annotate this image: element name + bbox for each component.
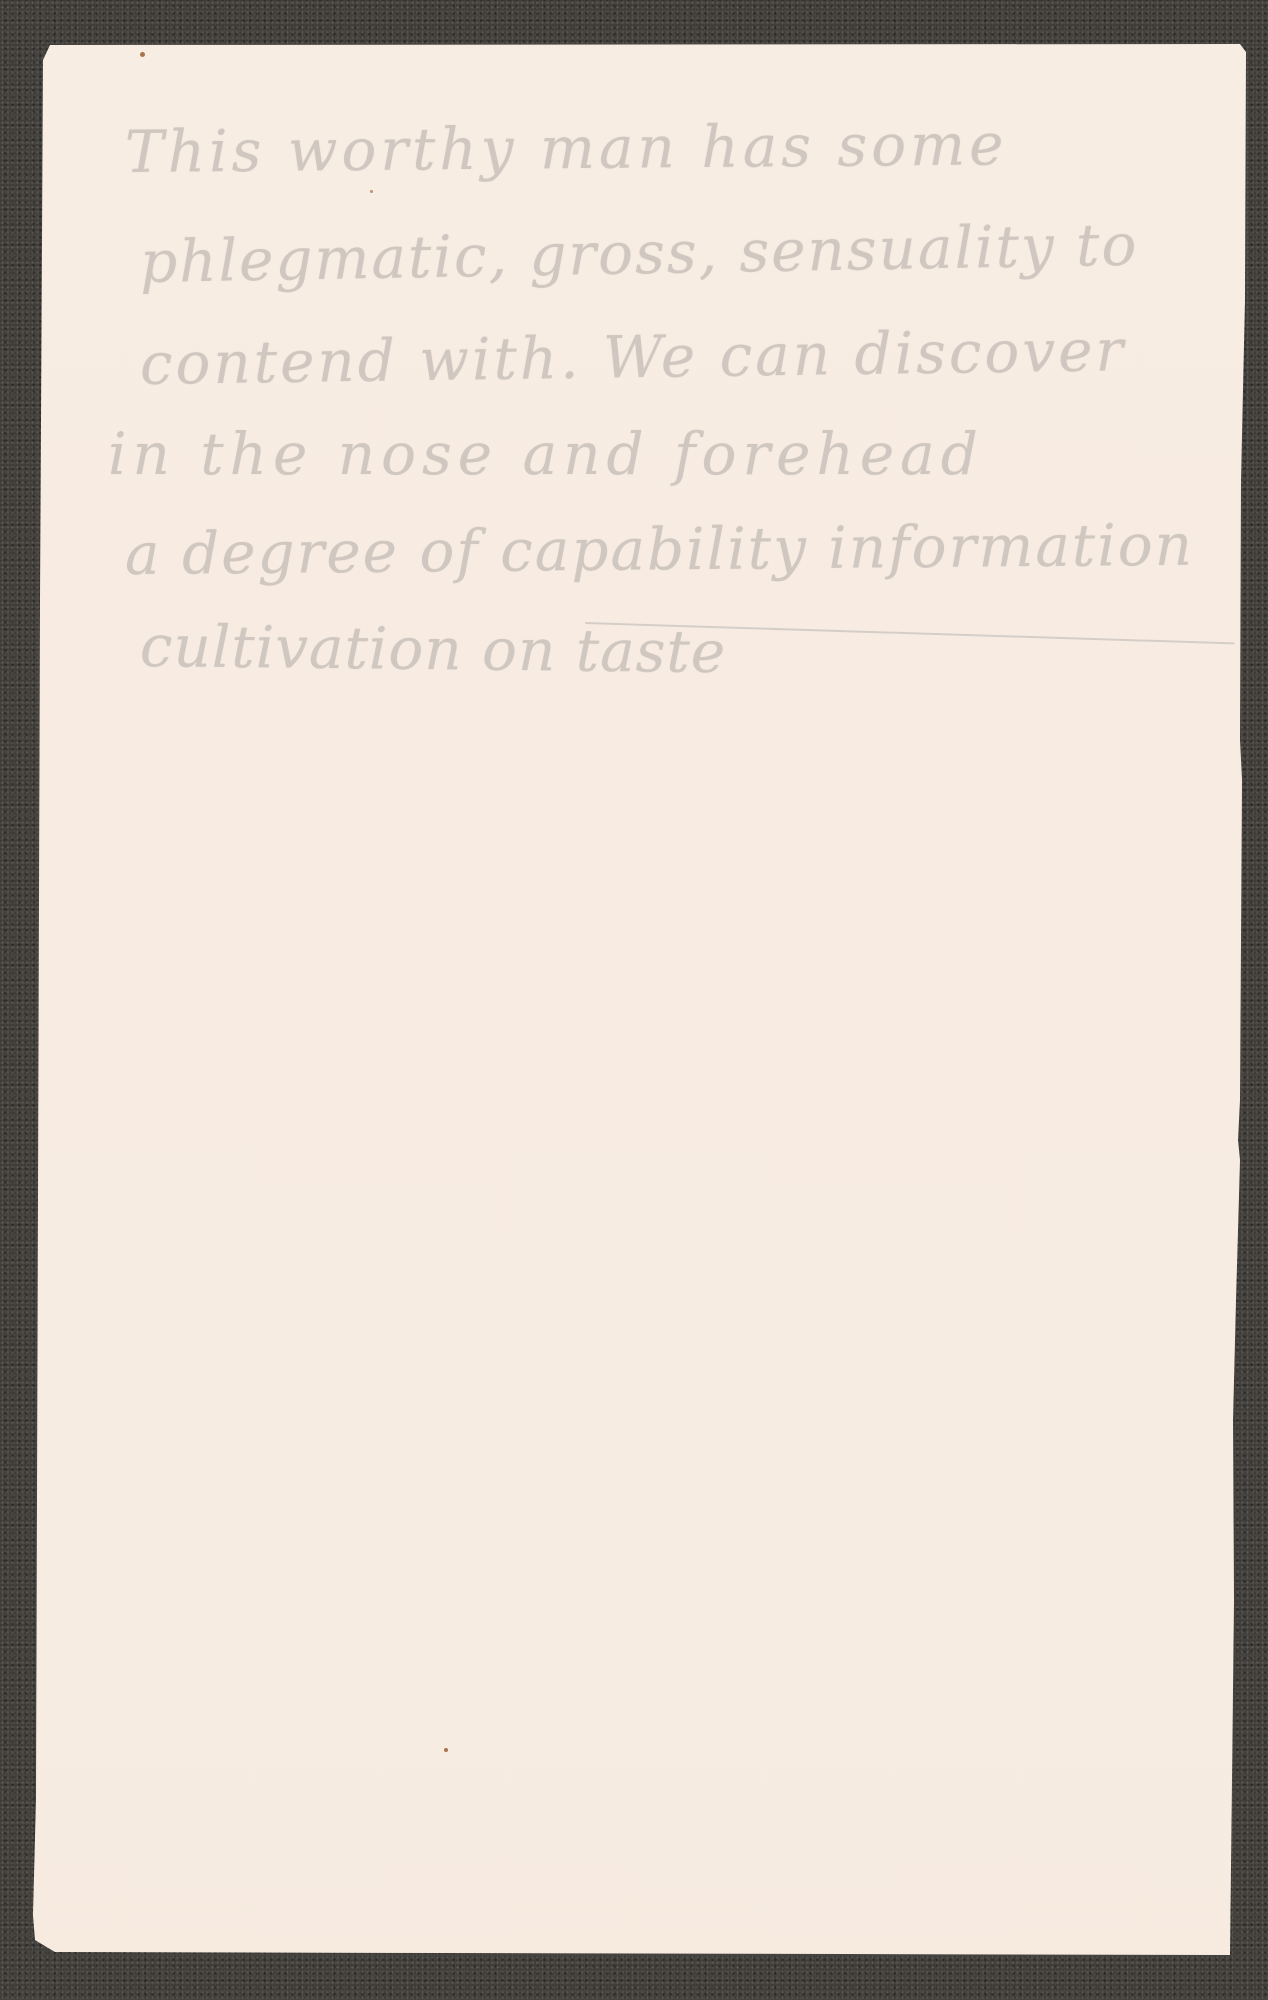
handwritten-text-block: This worthy man has some phlegmatic, gro…	[0, 0, 1268, 2000]
foxing-spot-line	[370, 190, 373, 193]
manuscript-line-5: a degree of capability information	[125, 511, 1195, 588]
foxing-spot-bottom	[444, 1748, 448, 1752]
manuscript-line-4: in the nose and forehead	[108, 420, 984, 488]
manuscript-line-3: contend with. We can discover	[140, 316, 1127, 398]
manuscript-line-2: phlegmatic, gross, sensuality to	[139, 211, 1138, 296]
foxing-spot-top-left	[140, 52, 145, 57]
manuscript-line-1: This worthy man has some	[125, 110, 1008, 186]
